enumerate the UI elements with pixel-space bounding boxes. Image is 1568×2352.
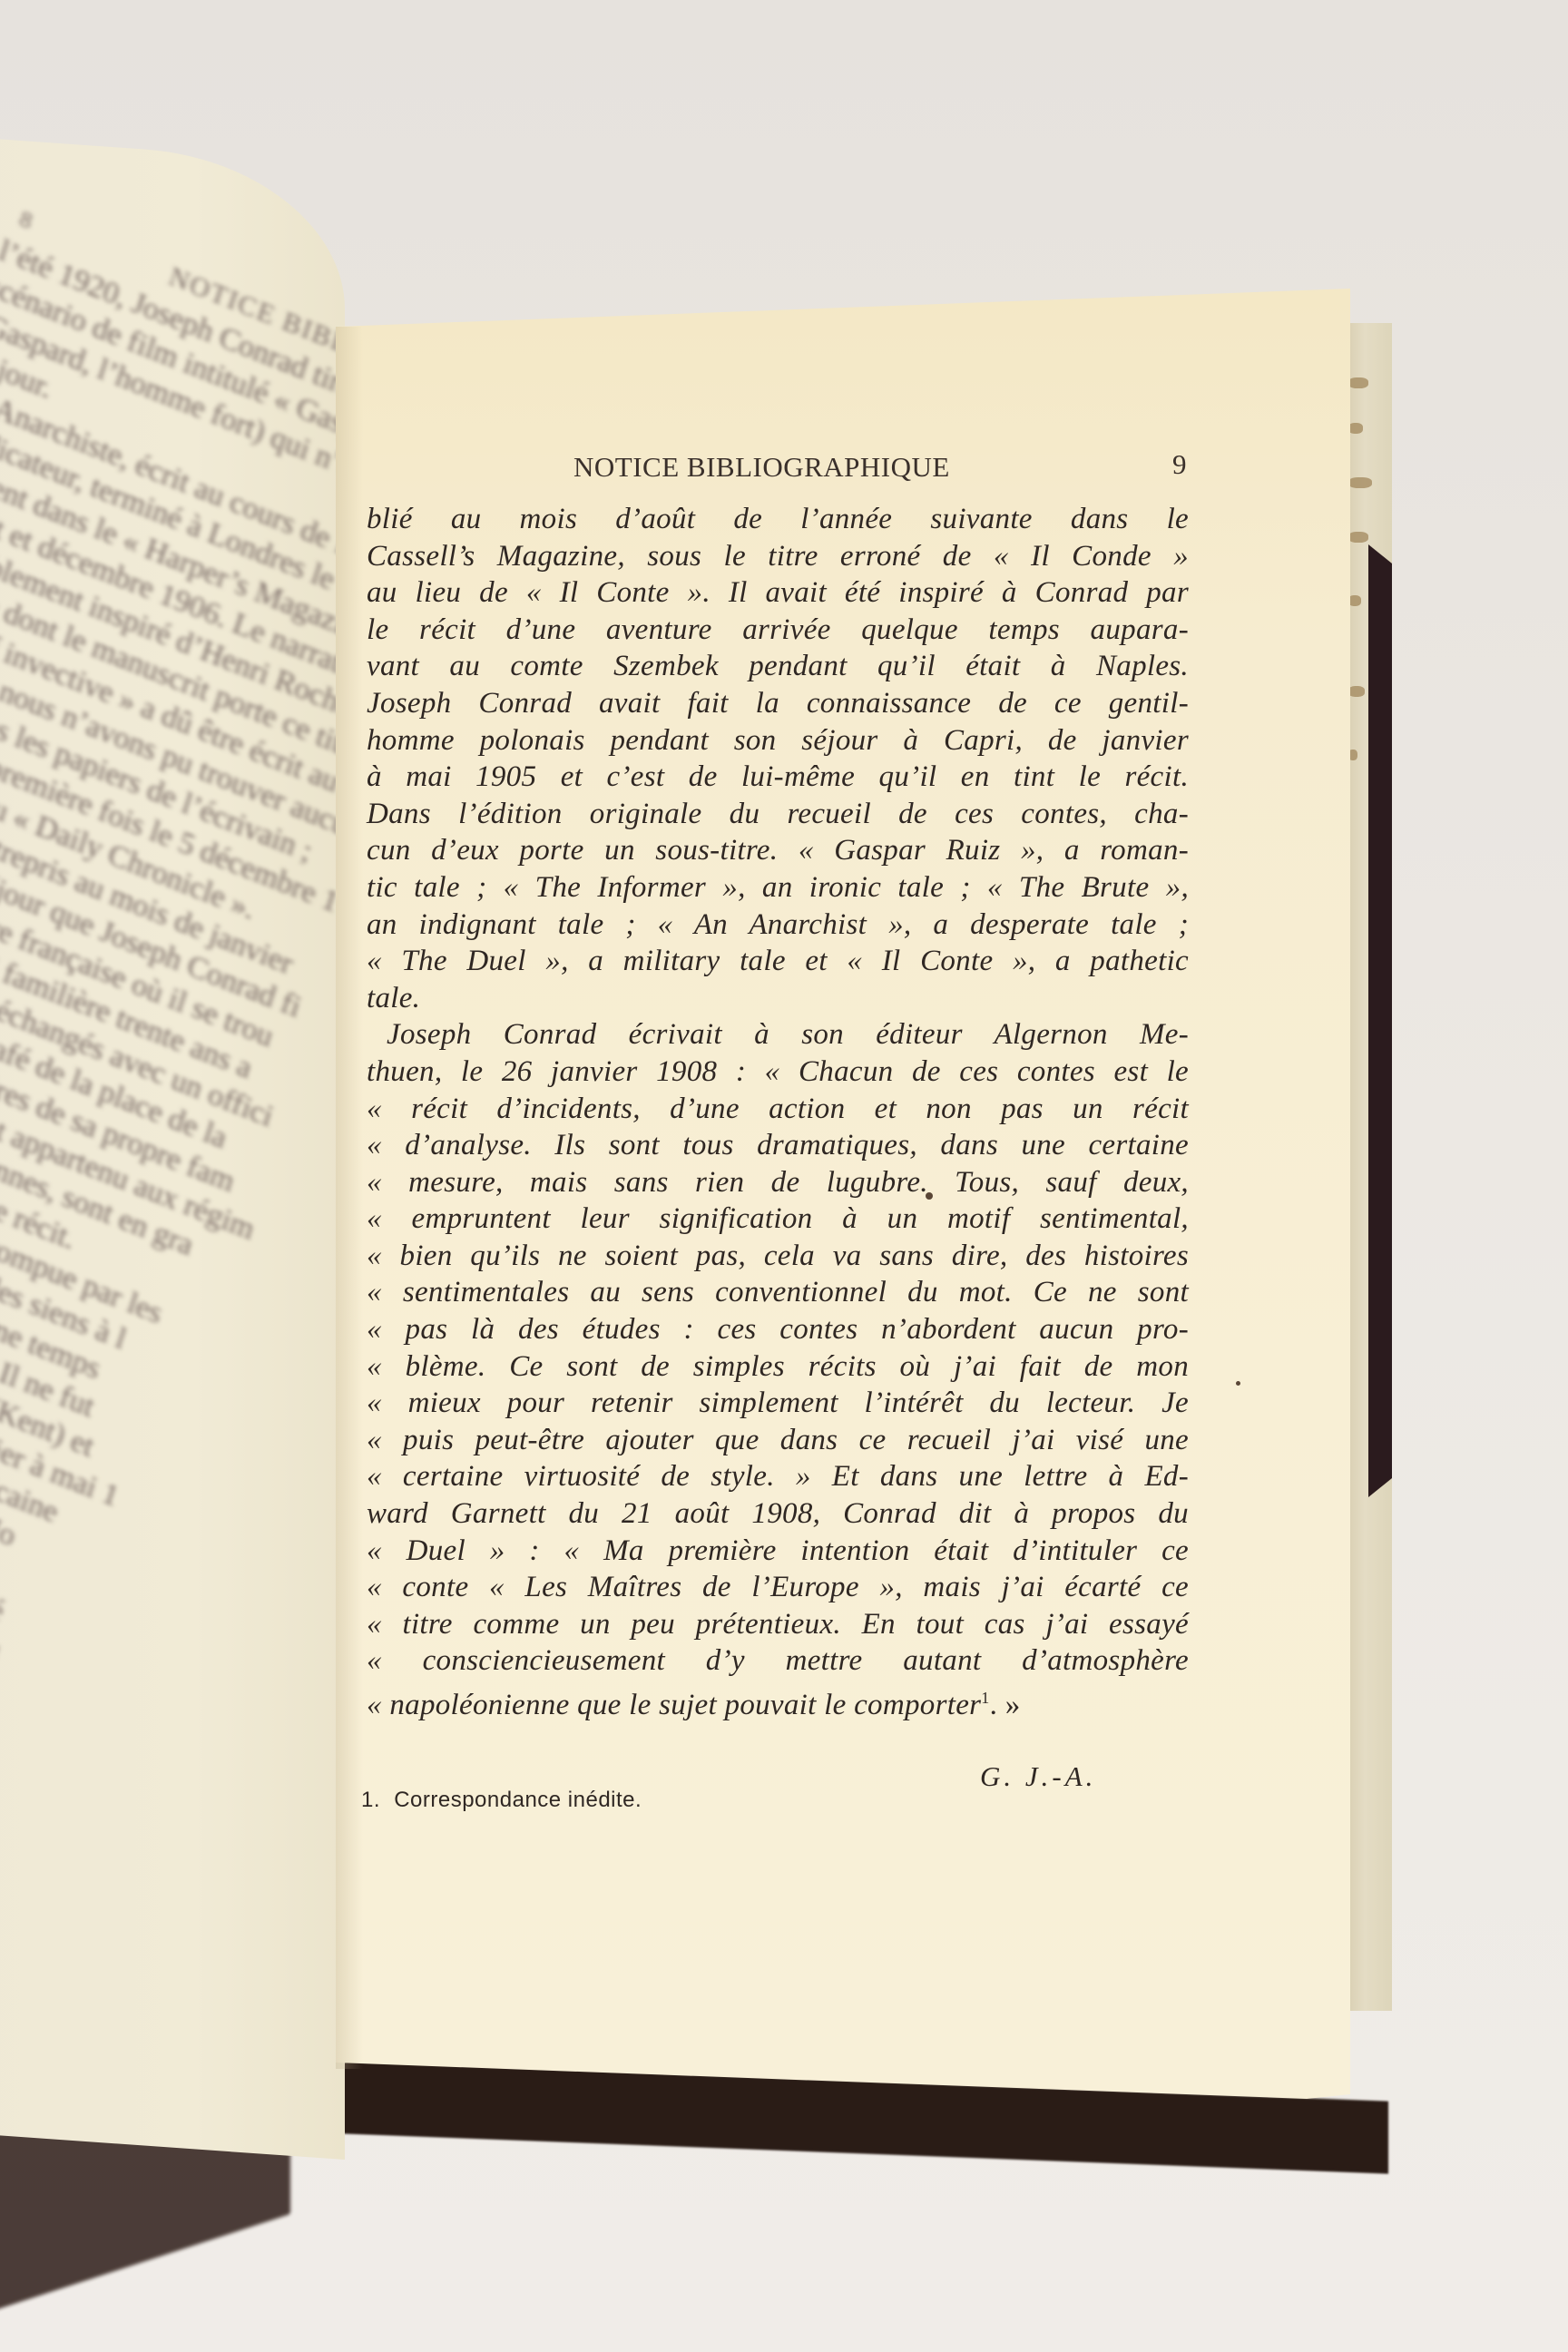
text-line: « certaine virtuosité de style. » Et dan… (367, 1458, 1189, 1495)
text-line: Joseph Conrad écrivait à son éditeur Alg… (367, 1016, 1189, 1053)
text-line: « blème. Ce sont de simples récits où j’… (367, 1348, 1189, 1386)
text-line: Cassell’s Magazine, sous le titre erroné… (367, 538, 1189, 575)
footnote-number: 1. (361, 1788, 380, 1812)
text-line: an indignant tale ; « An Anarchist », a … (367, 906, 1189, 944)
text-line: « récit d’incidents, d’une action et non… (367, 1091, 1189, 1128)
left-page: 8NOTICE BIBLIOGRAPHIQUE l’été 1920, Jose… (0, 137, 345, 2160)
text-line: « empruntent leur signification à un mot… (367, 1200, 1189, 1238)
text-line: « puis peut-être ajouter que dans ce rec… (367, 1422, 1189, 1459)
text-line: ward Garnett du 21 août 1908, Conrad dit… (367, 1495, 1189, 1533)
footnote-marker: 1 (981, 1689, 989, 1707)
ink-speck (1236, 1381, 1240, 1386)
signature: G. J.-A. (980, 1760, 1096, 1793)
ink-speck (926, 1192, 933, 1200)
text-line: « conte « Les Maîtres de l’Europe », mai… (367, 1569, 1189, 1606)
text-line: homme polonais pendant son séjour à Capr… (367, 722, 1189, 759)
book-cover-dark-band (1368, 544, 1392, 1497)
text-line: cun d’eux porte un sous-titre. « Gaspar … (367, 832, 1189, 869)
text-line: Dans l’édition originale du recueil de c… (367, 796, 1189, 833)
text-line: « pas là des études : ces contes n’abord… (367, 1311, 1189, 1348)
text-line: le récit d’une aventure arrivée quelque … (367, 612, 1189, 649)
text-line: au lieu de « Il Conte ». Il avait été in… (367, 574, 1189, 612)
text-line: thuen, le 26 janvier 1908 : « Chacun de … (367, 1053, 1189, 1091)
text-line: « napoléonienne que le sujet pouvait le … (367, 1680, 1189, 1717)
text-line: « consciencieusement d’y mettre autant d… (367, 1642, 1189, 1680)
text-line: tic tale ; « The Informer », an ironic t… (367, 869, 1189, 906)
page-body-text: blié au mois d’août de l’année suivante … (367, 501, 1189, 1717)
text-line: tale. (367, 980, 1189, 1017)
text-line: « Duel » : « Ma première intention était… (367, 1533, 1189, 1570)
text-line: « The Duel », a military tale et « Il Co… (367, 943, 1189, 980)
text-line: Joseph Conrad avait fait la connaissance… (367, 685, 1189, 722)
text-line: blié au mois d’août de l’année suivante … (367, 501, 1189, 538)
text-line: « bien qu’ils ne soient pas, cela va san… (367, 1238, 1189, 1275)
text-line: « sentimentales au sens conventionnel du… (367, 1274, 1189, 1311)
text-line: vant au comte Szembek pendant qu’il étai… (367, 648, 1189, 685)
footnote: 1. Correspondance inédite. (361, 1788, 642, 1813)
page-gutter (336, 327, 363, 2069)
text-line: « titre comme un peu prétentieux. En tou… (367, 1606, 1189, 1643)
text-line: à mai 1905 et c’est de lui-même qu’il en… (367, 759, 1189, 796)
footnote-text: Correspondance inédite. (394, 1788, 642, 1812)
page-number: 9 (1172, 448, 1187, 481)
running-head: NOTICE BIBLIOGRAPHIQUE (573, 451, 950, 484)
text-line: « mesure, mais sans rien de lugubre. Tou… (367, 1164, 1189, 1201)
left-page-number: 8 (16, 205, 35, 234)
text-line: « d’analyse. Ils sont tous dramatiques, … (367, 1127, 1189, 1164)
left-page-text: 8NOTICE BIBLIOGRAPHIQUE l’été 1920, Jose… (0, 195, 345, 1712)
text-line: « mieux pour retenir simplement l’intérê… (367, 1385, 1189, 1422)
